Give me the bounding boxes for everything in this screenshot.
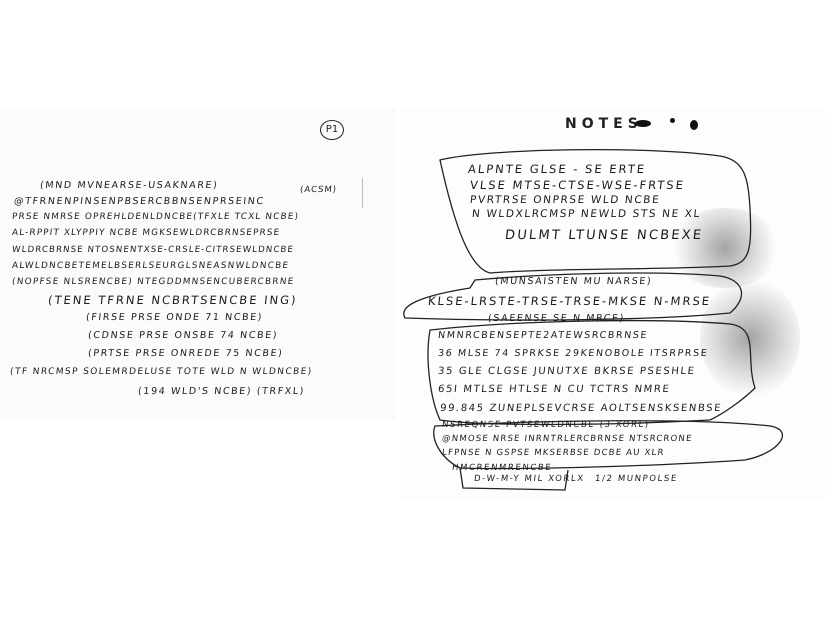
- handwritten-line: PRSE NMRSE OPREHLDENLDNCBE(TFXLE TCXL NC…: [11, 212, 299, 222]
- handwritten-line: (NOPFSE NLSRENCBE) NTEGDDMNSENCUBERCBRNE: [11, 277, 294, 287]
- handwritten-line: (SAEENSE SE N MRCE): [487, 313, 625, 324]
- footer-boxed-note: D-W-M-Y MIL XORLX: [473, 474, 585, 484]
- corner-tag: (ACSM): [299, 185, 337, 195]
- handwritten-line: (FIRSE PRSE ONDE 71 NCBE): [85, 312, 263, 323]
- margin-mark: [362, 178, 363, 208]
- handwritten-line: 36 MLSE 74 SPRKSE 29KENOBOLE ITSRPRSE: [437, 348, 708, 359]
- handwritten-line: (194 WLD'S NCBE) (TRFXL): [137, 386, 305, 397]
- handwritten-line: NSREQNSE PVTSEWLDNCBE (3 XORL): [441, 420, 650, 430]
- left-notebook-page: P1 (ACSM) (MND MVNEARSE-USAKNARE) @TFRNE…: [0, 108, 396, 420]
- handwritten-line: 35 GLE CLGSE JUNUTXE BKRSE PSESHLE: [437, 366, 696, 377]
- handwritten-line: HMCRENMRENCBE: [451, 463, 552, 473]
- handwritten-line: (TENE TFRNE NCBRTSENCBE ING): [47, 293, 298, 307]
- handwritten-line: @NMOSE NRSE INRNTRLERCBRNSE NTSRCRONE: [441, 434, 693, 444]
- handwritten-line: ALPNTE GLSE - SE ERTE: [467, 162, 647, 176]
- page-number-badge: P1: [320, 120, 344, 140]
- right-notebook-page: NOTES ALPNTE GLSE - SE ERTE VLSE MTSE-CT…: [400, 108, 825, 500]
- handwritten-line: (TF NRCMSP SOLEMRDELUSE TOTE WLD N WLDNC…: [9, 367, 313, 377]
- handwritten-line: @TFRNENPINSENPBSERCBBNSENPRSEINC: [13, 196, 265, 207]
- handwritten-line: VLSE MTSE-CTSE-WSE-FRTSE: [469, 178, 685, 192]
- handwritten-line: (CDNSE PRSE ONSBE 74 NCBE): [87, 330, 278, 341]
- handwritten-line: ALWLDNCBETEMELBSERLSEURGLSNEASNWLDNCBE: [11, 261, 289, 271]
- handwritten-line: (MUNSAISTEN MU NARSE): [494, 276, 652, 287]
- handwritten-line: KLSE-LRSTE-TRSE-TRSE-MKSE N-MRSE: [427, 294, 712, 308]
- handwritten-line: N WLDXLRCMSP NEWLD STS NE XL: [471, 208, 701, 220]
- footer-note: 1/2 MUNPOLSE: [594, 474, 678, 484]
- handwritten-line: NMNRCBENSEPTE2ATEWSRCBRNSE: [437, 330, 648, 341]
- handwritten-line: DULMT LTUNSE NCBEXE: [504, 228, 704, 243]
- handwritten-line: WLDRCBRNSE NTOSNENTXSE-CRSLE-CITRSEWLDNC…: [11, 245, 294, 255]
- handwritten-line: 65I MTLSE HTLSE N CU TCTRS NMRE: [437, 384, 670, 395]
- handwritten-line: AL-RPPIT XLYPPIY NCBE MGKSEWLDRCBRNSEPRS…: [11, 228, 280, 238]
- handwritten-line: PVRTRSE ONPRSE WLD NCBE: [469, 194, 661, 206]
- handwritten-line: LFPNSE N GSPSE MKSERBSE DCBE AU XLR: [441, 448, 665, 458]
- handwritten-line: (PRTSE PRSE ONREDE 75 NCBE): [87, 348, 284, 359]
- handwritten-line: (MND MVNEARSE-USAKNARE): [39, 180, 218, 191]
- handwritten-line: 99.845 ZUNEPLSEVCRSE AOLTSENSKSENBSE: [439, 403, 722, 414]
